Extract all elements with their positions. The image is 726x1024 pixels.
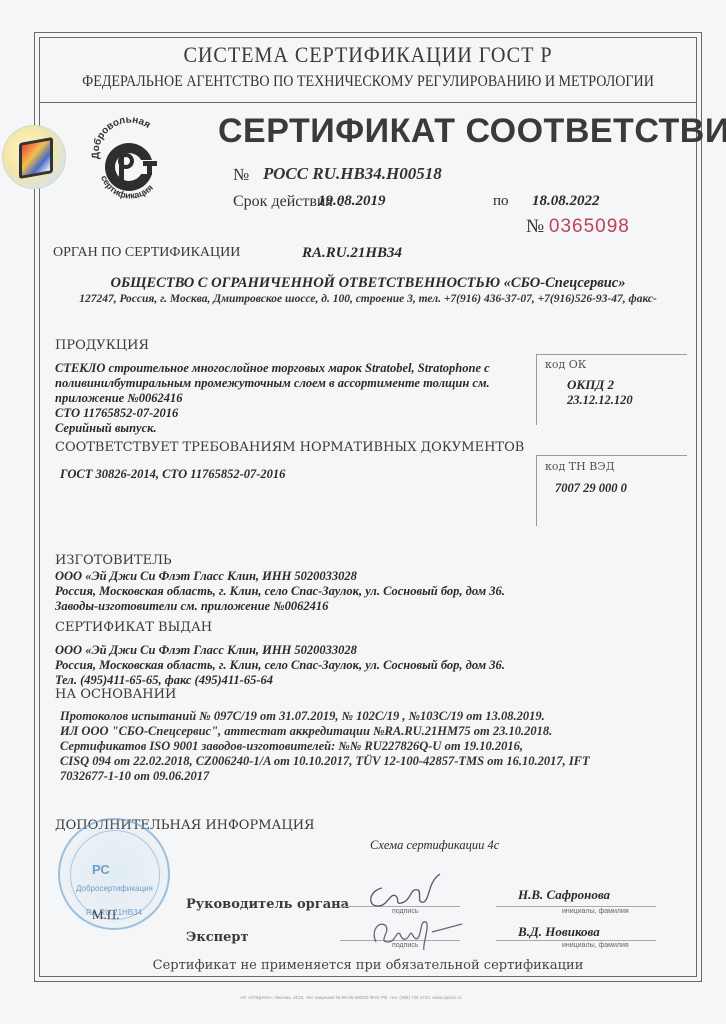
normative-documents: ГОСТ 30826-2014, СТО 11765852-07-2016: [60, 467, 285, 482]
certification-body-address: 127247, Россия, г. Москва, Дмитровское ш…: [0, 293, 726, 305]
basis-line: Протоколов испытаний № 097С/19 от 31.07.…: [60, 709, 590, 724]
conformity-label: СООТВЕТСТВУЕТ ТРЕБОВАНИЯМ НОРМАТИВНЫХ ДО…: [55, 440, 524, 455]
head-of-body-label: Руководитель органа: [186, 897, 349, 912]
serial-number: № 0365098: [526, 216, 630, 238]
ok-code-box: код ОК ОКПД 2 23.12.12.120: [536, 354, 687, 425]
valid-to-label: по: [493, 193, 509, 210]
cube-icon: [19, 137, 53, 179]
basis-line: CISQ 094 от 22.02.2018, CZ006240-1/A от …: [60, 754, 590, 769]
product-line: СТО 11765852-07-2016: [55, 406, 490, 421]
rst-voluntary-certification-logo-icon: Добровольная сертификация: [85, 115, 175, 205]
manufacturer-line: ООО «Эй Джи Си Флэт Гласс Клин, ИНН 5020…: [55, 569, 505, 584]
valid-to-date: 18.08.2022: [532, 193, 600, 210]
head-name-caption: инициалы, фамилия: [562, 908, 629, 915]
footer-note: Сертификат не применяется при обязательн…: [0, 958, 726, 973]
valid-from-date: 19.08.2019: [318, 193, 386, 210]
basis-line: 7032677-1-10 от 09.06.2017: [60, 769, 590, 784]
product-line: СТЕКЛО строительное многослойное торговы…: [55, 361, 490, 376]
header-divider: [39, 102, 697, 103]
expert-signature-caption: подпись: [392, 942, 418, 949]
head-of-body-name: Н.В. Сафронова: [518, 887, 610, 903]
system-title: СИСТЕМА СЕРТИФИКАЦИИ ГОСТ Р: [29, 42, 706, 68]
manufacturer-label: ИЗГОТОВИТЕЛЬ: [55, 553, 172, 568]
printer-info: АО «ОПЦИОН», Москва, 2018, «Б» лицензия …: [240, 995, 462, 1000]
expert-name-caption: инициалы, фамилия: [562, 942, 629, 949]
basis-line: ИЛ ООО "СБО-Спецсервис", аттестат аккред…: [60, 724, 590, 739]
basis-line: Сертификатов ISO 9001 заводов-изготовите…: [60, 739, 590, 754]
product-label: ПРОДУКЦИЯ: [55, 338, 149, 353]
head-signature: [360, 868, 450, 913]
product-line: Серийный выпуск.: [55, 421, 490, 436]
product-line: приложение №0062416: [55, 391, 490, 406]
tnved-code-label: код ТН ВЭД: [545, 460, 615, 473]
issued-to-line: Тел. (495)411-65-65, факс (495)411-65-64: [55, 673, 505, 688]
issued-to-line: Россия, Московская область, г. Клин, сел…: [55, 658, 505, 673]
manufacturer-line: Россия, Московская область, г. Клин, сел…: [55, 584, 505, 599]
certificate-number-label: №: [233, 165, 249, 185]
tnved-code-value: 7007 29 000 0: [555, 481, 627, 496]
certification-body-label: ОРГАН ПО СЕРТИФИКАЦИИ: [53, 245, 240, 261]
ok-code-value: 23.12.12.120: [567, 393, 633, 408]
stamp-center-text: Добросертификация: [76, 884, 153, 893]
issued-to-details: ООО «Эй Джи Си Флэт Гласс Клин, ИНН 5020…: [55, 643, 505, 688]
basis-label: НА ОСНОВАНИИ: [55, 687, 176, 702]
stamp-logo-icon: РС: [92, 862, 110, 877]
hologram-logo-icon: [2, 125, 66, 189]
certification-body-name: ОБЩЕСТВО С ОГРАНИЧЕННОЙ ОТВЕТСТВЕННОСТЬЮ…: [0, 275, 726, 292]
certificate-number: РОСС RU.HB34.H00518: [263, 164, 442, 184]
basis-details: Протоколов испытаний № 097С/19 от 31.07.…: [60, 709, 590, 784]
expert-name: В.Д. Новикова: [518, 924, 600, 940]
serial-number-label: №: [526, 216, 544, 237]
manufacturer-line: Заводы-изготовители см. приложение №0062…: [55, 599, 505, 614]
ok-code-classifier: ОКПД 2: [567, 377, 614, 393]
head-name-line: [496, 906, 656, 907]
certification-scheme: Схема сертификации 4с: [370, 838, 499, 853]
certification-body-code: RA.RU.21HB34: [302, 245, 402, 262]
expert-name-line: [496, 940, 656, 941]
issued-to-label: СЕРТИФИКАТ ВЫДАН: [55, 620, 212, 635]
serial-number-value: 0365098: [549, 216, 630, 237]
tnved-code-box: код ТН ВЭД 7007 29 000 0: [536, 455, 687, 526]
issued-to-line: ООО «Эй Джи Си Флэт Гласс Клин, ИНН 5020…: [55, 643, 505, 658]
manufacturer-details: ООО «Эй Джи Си Флэт Гласс Клин, ИНН 5020…: [55, 569, 505, 614]
product-line: поливинилбутиральным промежуточным слоем…: [55, 376, 490, 391]
ok-code-label: код ОК: [545, 358, 586, 371]
product-description: СТЕКЛО строительное многослойное торговы…: [55, 361, 490, 436]
stamp-place-label: М.П.: [92, 907, 119, 923]
certificate-title: СЕРТИФИКАТ СООТВЕТСТВИЯ: [218, 112, 726, 151]
agency-name: ФЕДЕРАЛЬНОЕ АГЕНТСТВО ПО ТЕХНИЧЕСКОМУ РЕ…: [44, 73, 692, 91]
expert-label: Эксперт: [186, 930, 249, 945]
